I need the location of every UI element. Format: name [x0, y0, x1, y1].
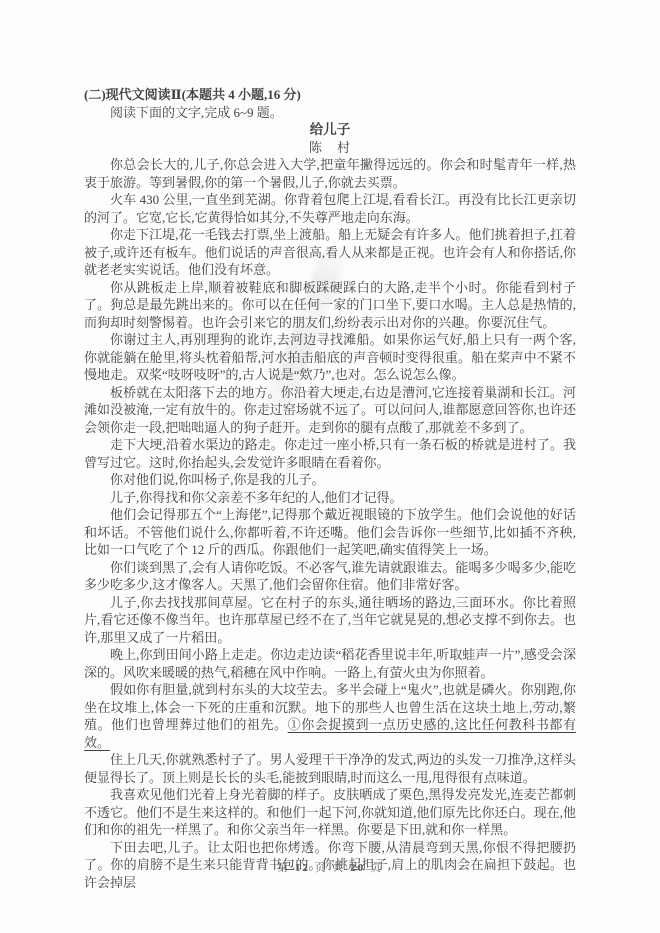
- passage-paragraph: 走下大埂,沿着水渠边的路走。你走过一座小桥,只有一条石板的桥就是进村了。我曾写过…: [84, 436, 576, 471]
- passage-body: 你总会长大的,儿子,你总会进入大学,把童年撇得远远的。你会和时髦青年一样,热衷于…: [84, 156, 576, 891]
- paragraph-text: 火车 430 公里,一直坐到芜湖。你背着包爬上江堤,看看长江。再没有比长江更亲切…: [84, 192, 576, 225]
- document-page: (二)现代文阅读Ⅱ(本题共 4 小题,16 分) 阅读下面的文字,完成 6~9 …: [0, 0, 660, 933]
- paragraph-text: 你谢过主人,再别理狗的讹诈,去河边寻找滩船。如果你运气好,船上只有一两个客,你就…: [84, 332, 576, 382]
- passage-paragraph: 儿子,你去找找那间草屋。它在村子的东头,通往晒场的路边,三面环水。你比着照片,看…: [84, 594, 576, 647]
- passage-paragraph: 住上几天,你就熟悉村子了。男人爱理干干净净的发式,两边的头发一刀推净,这样头便显…: [84, 751, 576, 786]
- page-footer: 第 12 页 共 20 页: [0, 860, 660, 878]
- passage-paragraph: 你从跳板走上岸,顺着被鞋底和脚板踩硬踩白的大路,走半个小时。你能看到村子了。狗总…: [84, 279, 576, 332]
- passage-paragraph: 他们会记得那五个“上海佬”,记得那个戴近视眼镜的下放学生。他们会说他的好话和坏话…: [84, 506, 576, 559]
- passage-paragraph: 你走下江堤,花一毛钱去打票,坐上渡船。船上无疑会有许多人。他们挑着担子,扛着被子…: [84, 226, 576, 279]
- footer-text: 页: [365, 862, 383, 874]
- paragraph-text: 你们谈到黑了,会有人请你吃饭。不必客气,谁先请就跟谁去。能喝多少喝多少,能吃多少…: [84, 560, 576, 593]
- passage-title: 给儿子: [84, 121, 576, 139]
- paragraph-text: 你总会长大的,儿子,你总会进入大学,把童年撇得远远的。你会和时髦青年一样,热衷于…: [84, 157, 576, 190]
- passage-paragraph: 我喜欢见他们光着上身光着脚的样子。皮肤晒成了栗色,黑得发亮发光,连麦芒都刺不透它…: [84, 786, 576, 839]
- passage-paragraph: 儿子,你得找和你父亲差不多年纪的人,他们才记得。: [84, 489, 576, 507]
- section-heading: (二)现代文阅读Ⅱ(本题共 4 小题,16 分): [84, 86, 576, 104]
- footer-page-number: 12: [295, 862, 310, 874]
- passage-paragraph: 你总会长大的,儿子,你总会进入大学,把童年撇得远远的。你会和时髦青年一样,热衷于…: [84, 156, 576, 191]
- paragraph-text: 住上几天,你就熟悉村子了。男人爱理干干净净的发式,两边的头发一刀推净,这样头便显…: [84, 752, 576, 785]
- passage-paragraph: 假如你有胆量,就到村东头的大坟茔去。多半会碰上“鬼火”,也就是磷火。你别跑,你坐…: [84, 681, 576, 751]
- paragraph-text: 你从跳板走上岸,顺着被鞋底和脚板踩硬踩白的大路,走半个小时。你能看到村子了。狗总…: [84, 280, 576, 330]
- footer-page-number: 20: [350, 862, 365, 874]
- paragraph-text: 儿子,你得找和你父亲差不多年纪的人,他们才记得。: [110, 490, 403, 505]
- passage-author: 陈 村: [84, 139, 576, 157]
- passage-paragraph: 你谢过主人,再别理狗的讹诈,去河边寻找滩船。如果你运气好,船上只有一两个客,你就…: [84, 331, 576, 384]
- paragraph-text: 儿子,你去找找那间草屋。它在村子的东头,通往晒场的路边,三面环水。你比着照片,看…: [84, 595, 576, 645]
- passage-paragraph: 板桥就在太阳落下去的地方。你沿着大埂走,右边是漕河,它连接着巢湖和长江。河滩如没…: [84, 384, 576, 437]
- reading-instruction: 阅读下面的文字,完成 6~9 题。: [84, 104, 576, 122]
- paragraph-text: 你走下江堤,花一毛钱去打票,坐上渡船。船上无疑会有许多人。他们挑着担子,扛着被子…: [84, 227, 576, 277]
- passage-paragraph: 你对他们说,你叫杨子,你是我的儿子。: [84, 471, 576, 489]
- footer-text: 页 共: [310, 862, 350, 874]
- passage-paragraph: 晚上,你到田间小路上走走。你边走边读“稻花香里说丰年,听取蛙声一片”,感受会深深…: [84, 646, 576, 681]
- page-content: (二)现代文阅读Ⅱ(本题共 4 小题,16 分) 阅读下面的文字,完成 6~9 …: [0, 0, 660, 891]
- paragraph-text: 你对他们说,你叫杨子,你是我的儿子。: [110, 472, 325, 487]
- footer-text: 第: [277, 862, 295, 874]
- paragraph-text: 我喜欢见他们光着上身光着脚的样子。皮肤晒成了栗色,黑得发亮发光,连麦芒都刺不透它…: [84, 787, 576, 837]
- paragraph-text: 板桥就在太阳落下去的地方。你沿着大埂走,右边是漕河,它连接着巢湖和长江。河滩如没…: [84, 385, 576, 435]
- paragraph-text: 他们会记得那五个“上海佬”,记得那个戴近视眼镜的下放学生。他们会说他的好话和坏话…: [84, 507, 576, 557]
- passage-paragraph: 火车 430 公里,一直坐到芜湖。你背着包爬上江堤,看看长江。再没有比长江更亲切…: [84, 191, 576, 226]
- paragraph-text: 晚上,你到田间小路上走走。你边走边读“稻花香里说丰年,听取蛙声一片”,感受会深深…: [84, 647, 576, 680]
- paragraph-text: 走下大埂,沿着水渠边的路走。你走过一座小桥,只有一条石板的桥就是进村了。我曾写过…: [84, 437, 576, 470]
- passage-paragraph: 你们谈到黑了,会有人请你吃饭。不必客气,谁先请就跟谁去。能喝多少喝多少,能吃多少…: [84, 559, 576, 594]
